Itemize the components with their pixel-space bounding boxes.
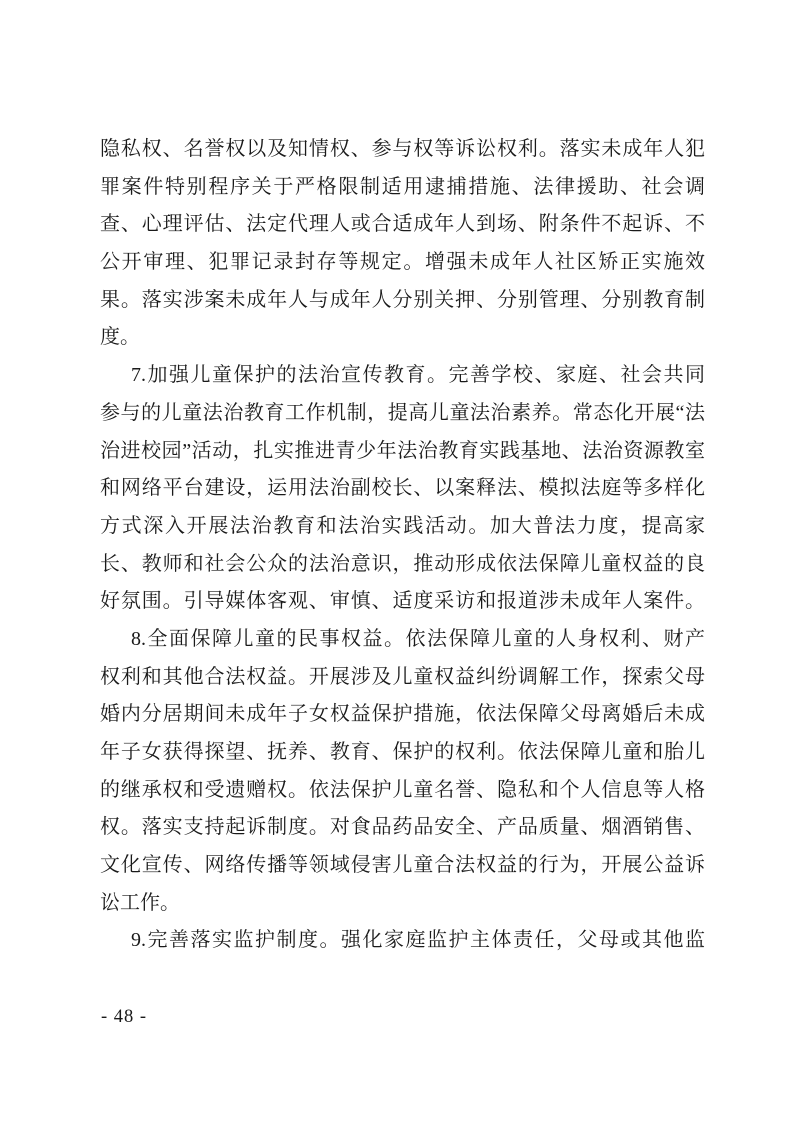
text-line: 度。 (100, 319, 705, 357)
text-line: 文化宣传、网络传播等领域侵害儿童合法权益的行为，开展公益诉 (100, 847, 705, 885)
text-line: 治进校园”活动，扎实推进青少年法治教育实践基地、法治资源教室 (100, 433, 705, 471)
text-line: 查、心理评估、法定代理人或合适成年人到场、附条件不起诉、不 (100, 206, 705, 244)
page-number: - 48 - (101, 1004, 147, 1030)
paragraph-item-8: 8.全面保障儿童的民事权益。依法保障儿童的人身权利、财产 权利和其他合法权益。开… (100, 621, 705, 923)
text-line: 婚内分居期间未成年子女权益保护措施，依法保障父母离婚后未成 (100, 696, 705, 734)
text-line: 参与的儿童法治教育工作机制，提高儿童法治素养。常态化开展“法 (100, 395, 705, 433)
paragraph-item-9: 9.完善落实监护制度。强化家庭监护主体责任，父母或其他监 (100, 922, 705, 960)
text-line: 罪案件特别程序关于严格限制适用逮捕措施、法律援助、社会调 (100, 169, 705, 207)
text-line: 好氛围。引导媒体客观、审慎、适度采访和报道涉未成年人案件。 (100, 583, 705, 621)
text-line: 9.完善落实监护制度。强化家庭监护主体责任，父母或其他监 (100, 922, 705, 960)
text-line: 8.全面保障儿童的民事权益。依法保障儿童的人身权利、财产 (100, 621, 705, 659)
document-page: 隐私权、名誉权以及知情权、参与权等诉讼权利。落实未成年人犯 罪案件特别程序关于严… (0, 0, 794, 1122)
text-line: 权。落实支持起诉制度。对食品药品安全、产品质量、烟酒销售、 (100, 809, 705, 847)
text-line: 方式深入开展法治教育和法治实践活动。加大普法力度，提高家 (100, 508, 705, 546)
text-line: 7.加强儿童保护的法治宣传教育。完善学校、家庭、社会共同 (100, 357, 705, 395)
text-line: 和网络平台建设，运用法治副校长、以案释法、模拟法庭等多样化 (100, 470, 705, 508)
text-line: 隐私权、名誉权以及知情权、参与权等诉讼权利。落实未成年人犯 (100, 131, 705, 169)
text-line: 讼工作。 (100, 885, 705, 923)
paragraph-item-7: 7.加强儿童保护的法治宣传教育。完善学校、家庭、社会共同 参与的儿童法治教育工作… (100, 357, 705, 621)
text-line: 年子女获得探望、抚养、教育、保护的权利。依法保障儿童和胎儿 (100, 734, 705, 772)
text-line: 公开审理、犯罪记录封存等规定。增强未成年人社区矫正实施效 (100, 244, 705, 282)
text-line: 长、教师和社会公众的法治意识，推动形成依法保障儿童权益的良 (100, 546, 705, 584)
text-line: 果。落实涉案未成年人与成年人分别关押、分别管理、分别教育制 (100, 282, 705, 320)
paragraph-continuation: 隐私权、名誉权以及知情权、参与权等诉讼权利。落实未成年人犯 罪案件特别程序关于严… (100, 131, 705, 357)
text-line: 的继承权和受遗赠权。依法保护儿童名誉、隐私和个人信息等人格 (100, 772, 705, 810)
text-line: 权利和其他合法权益。开展涉及儿童权益纠纷调解工作，探索父母 (100, 659, 705, 697)
document-body: 隐私权、名誉权以及知情权、参与权等诉讼权利。落实未成年人犯 罪案件特别程序关于严… (100, 131, 705, 960)
